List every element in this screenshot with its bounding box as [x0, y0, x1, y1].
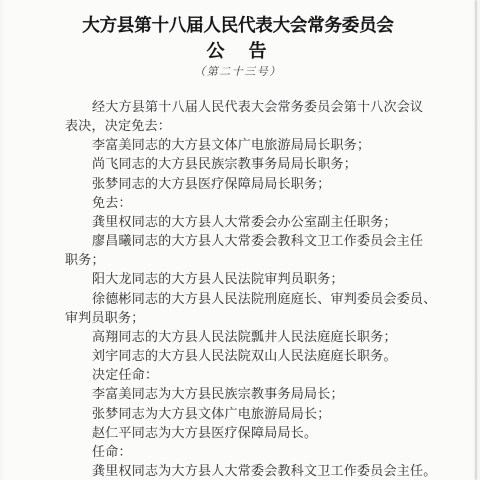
scan-edge-artifact [475, 0, 477, 480]
body-line: 决定任命： [65, 365, 458, 384]
body-line: 李富美同志的大方县文体广电旅游局局长职务； [65, 135, 458, 154]
body-line: 刘宇同志的大方县人民法院双山人民法庭庭长职务。 [65, 346, 458, 365]
document-body: 经大方县第十八届人民代表大会常务委员会第十八次会议表决，决定免去：李富美同志的大… [65, 97, 458, 480]
body-line: 龚里权同志的大方县人大常委会办公室副主任职务； [65, 212, 458, 231]
body-line: 徐德彬同志的大方县人民法院刑庭庭长、审判委员会委员、 [65, 289, 458, 308]
body-line: 审判员职务； [65, 308, 458, 327]
body-line: 高翔同志的大方县人民法院瓢井人民法庭庭长职务； [65, 327, 458, 346]
body-line: 经大方县第十八届人民代表大会常务委员会第十八次会议 [65, 97, 458, 116]
body-line: 廖昌曦同志的大方县人大常委会教科文卫工作委员会主任 [65, 231, 458, 250]
scanned-document-page: 大方县第十八届人民代表大会常务委员会 公 告 （第二十三号） 经大方县第十八届人… [0, 0, 480, 480]
body-line: 赵仁平同志为大方县医疗保障局局长。 [65, 423, 458, 442]
body-line: 尚飞同志的大方县民族宗教事务局局长职务； [65, 154, 458, 173]
body-line: 李富美同志为大方县民族宗教事务局局长； [65, 384, 458, 403]
document-header: 大方县第十八届人民代表大会常务委员会 公 告 （第二十三号） [0, 13, 476, 80]
document-subtitle-gonggao: 公 告 [0, 40, 476, 63]
body-line: 表决，决定免去： [65, 116, 458, 135]
body-line: 职务； [65, 250, 458, 269]
document-number: （第二十三号） [0, 65, 476, 80]
body-line: 张梦同志为大方县文体广电旅游局局长； [65, 404, 458, 423]
body-line: 免去： [65, 193, 458, 212]
body-line: 龚里权同志为大方县人大常委会教科文卫工作委员会主任。 [65, 461, 458, 480]
body-line: 张梦同志的大方县医疗保障局局长职务； [65, 174, 458, 193]
body-line: 任命： [65, 442, 458, 461]
body-line: 阳大龙同志的大方县人民法院审判员职务； [65, 269, 458, 288]
document-title: 大方县第十八届人民代表大会常务委员会 [0, 13, 476, 38]
